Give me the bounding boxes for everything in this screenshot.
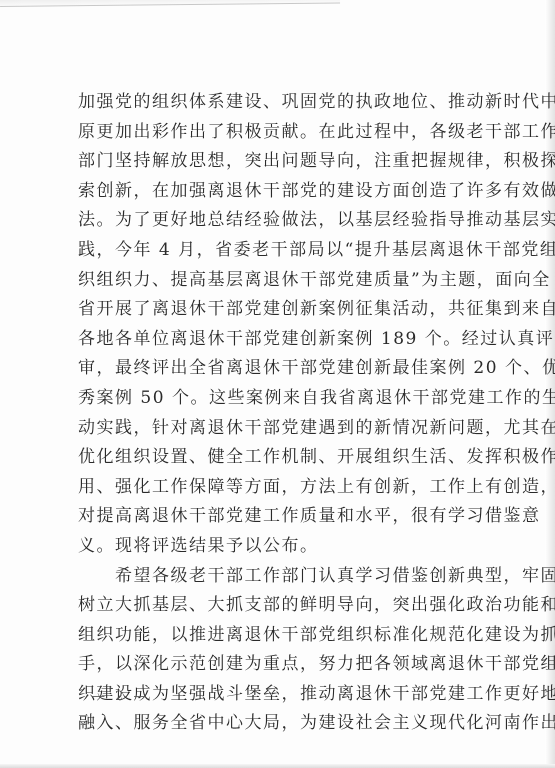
text-line: 法。为了更好地总结经验做法，以基层经验指导推动基层实 bbox=[78, 206, 490, 236]
text-line: 加强党的组织体系建设、巩固党的执政地位、推动新时代中 bbox=[78, 88, 490, 118]
text-line: 树立大抓基层、大抓支部的鲜明导向，突出强化政治功能和 bbox=[78, 591, 490, 621]
text-line: 组织功能，以推进离退休干部党组织标准化规范化建设为抓 bbox=[78, 621, 490, 651]
scan-edge-right bbox=[545, 0, 555, 768]
text-line: 对提高离退休干部党建工作质量和水平，很有学习借鉴意 bbox=[78, 502, 490, 532]
body-text: 加强党的组织体系建设、巩固党的执政地位、推动新时代中 原更加出彩作出了积极贡献。… bbox=[78, 88, 490, 739]
text-line: 省开展了离退休干部党建创新案例征集活动，共征集到来自 bbox=[78, 295, 490, 325]
text-line: 手，以深化示范创建为重点，努力把各领域离退休干部党组 bbox=[78, 650, 490, 680]
text-line: 审，最终评出全省离退休干部党建创新最佳案例 20 个、优 bbox=[78, 354, 490, 384]
text-line: 部门坚持解放思想，突出问题导向，注重把握规律，积极探 bbox=[78, 147, 490, 177]
paragraph-1: 加强党的组织体系建设、巩固党的执政地位、推动新时代中 原更加出彩作出了积极贡献。… bbox=[78, 88, 490, 562]
document-page: 加强党的组织体系建设、巩固党的执政地位、推动新时代中 原更加出彩作出了积极贡献。… bbox=[0, 0, 555, 768]
text-line: 优化组织设置、健全工作机制、开展组织生活、发挥积极作 bbox=[78, 443, 490, 473]
text-line: 融入、服务全省中心大局，为建设社会主义现代化河南作出 bbox=[78, 709, 490, 739]
text-line: 义。现将评选结果予以公布。 bbox=[78, 532, 490, 562]
text-line: 各地各单位离退休干部党建创新案例 189 个。经过认真评 bbox=[78, 325, 490, 355]
text-line: 用、强化工作保障等方面，方法上有创新，工作上有创造， bbox=[78, 473, 490, 503]
text-line: 原更加出彩作出了积极贡献。在此过程中，各级老干部工作 bbox=[78, 118, 490, 148]
scan-edge-bottom bbox=[0, 764, 555, 768]
text-line: 索创新，在加强离退休干部党的建设方面创造了许多有效做 bbox=[78, 177, 490, 207]
text-line: 希望各级老干部工作部门认真学习借鉴创新典型，牢固 bbox=[78, 562, 490, 592]
text-line: 践，今年 4 月，省委老干部局以“提升基层离退休干部党组 bbox=[78, 236, 490, 266]
paragraph-2: 希望各级老干部工作部门认真学习借鉴创新典型，牢固 树立大抓基层、大抓支部的鲜明导… bbox=[78, 562, 490, 740]
scan-edge-top bbox=[0, 0, 340, 7]
text-line: 秀案例 50 个。这些案例来自我省离退休干部党建工作的生 bbox=[78, 384, 490, 414]
text-line: 织组织力、提高基层离退休干部党建质量”为主题，面向全 bbox=[78, 266, 490, 296]
text-line: 动实践，针对离退休干部党建遇到的新情况新问题，尤其在 bbox=[78, 414, 490, 444]
page-number: — 2 — bbox=[92, 689, 150, 704]
